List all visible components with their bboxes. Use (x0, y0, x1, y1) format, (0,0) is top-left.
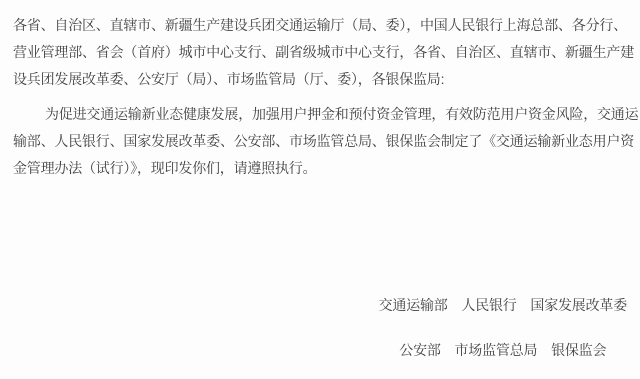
signature-line-2: 公安部 市场监管总局 银保监会 (379, 337, 627, 364)
recipients-line-3: 设兵团发展改革委、公安厅（局）、市场监管局（厅、委），各银保监局: (13, 66, 627, 93)
signature-line-1: 交通运输部 人民银行 国家发展改革委 (379, 292, 627, 319)
recipients-line-2: 营业管理部、省会（首府）城市中心支行、副省级城市中心支行，各省、自治区、直辖市、… (13, 39, 627, 66)
recipients-paragraph: 各省、自治区、直辖市、新疆生产建设兵团交通运输厅（局、委），中国人民银行上海总部… (13, 12, 627, 93)
body-line-3: 金管理办法（试行）》，现印发你们，请遵照执行。 (13, 155, 627, 182)
body-paragraph: 为促进交通运输新业态健康发展，加强用户押金和预付资金管理，有效防范用户资金风险，… (13, 101, 627, 182)
recipients-line-1: 各省、自治区、直辖市、新疆生产建设兵团交通运输厅（局、委），中国人民银行上海总部… (13, 12, 627, 39)
body-line-1: 为促进交通运输新业态健康发展，加强用户押金和预付资金管理，有效防范用户资金风险，… (13, 101, 627, 128)
signature-block: 交通运输部 人民银行 国家发展改革委 公安部 市场监管总局 银保监会 (379, 292, 627, 364)
body-line-2: 输部、人民银行、国家发展改革委、公安部、市场监管总局、银保监会制定了《交通运输新… (13, 128, 627, 155)
notice-document: 各省、自治区、直辖市、新疆生产建设兵团交通运输厅（局、委），中国人民银行上海总部… (0, 0, 640, 379)
